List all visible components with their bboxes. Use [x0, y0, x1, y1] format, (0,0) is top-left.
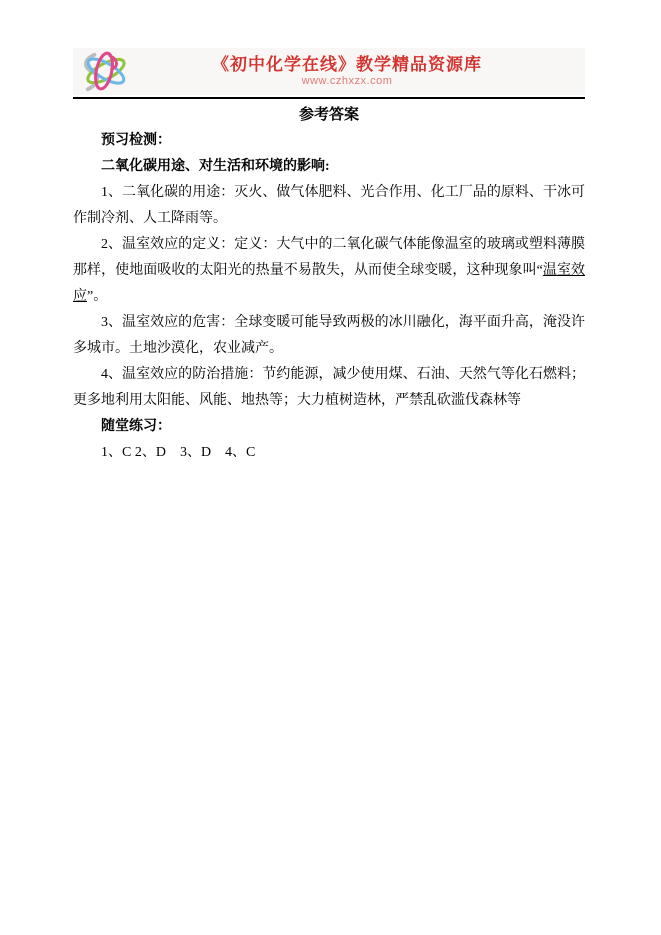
paragraph-greenhouse-definition-post: ”。 — [87, 289, 107, 304]
banner-text-block: 《初中化学在线》教学精品资源库 www.czhxzx.com — [137, 56, 585, 87]
page-title: 参考答案 — [73, 102, 585, 128]
paragraph-greenhouse-harm: 3、温室效应的危害：全球变暖可能导致两极的冰川融化，海平面升高，淹没许多城市。土… — [73, 310, 585, 362]
section-subheading-co2-uses: 二氧化碳用途、对生活和环境的影响: — [73, 154, 585, 180]
site-url-link[interactable]: www.czhxzx.com — [137, 76, 557, 87]
document-canvas: { "colors": { "brand_red": "#d3312c", "u… — [0, 0, 661, 935]
paragraph-greenhouse-prevention: 4、温室效应的防治措施：节约能源，减少使用煤、石油、天然气等化石燃料；更多地利用… — [73, 362, 585, 414]
paragraph-greenhouse-definition-pre: 2、温室效应的定义：定义：大气中的二氧化碳气体能像温室的玻璃或塑料薄膜那样，使地… — [73, 237, 585, 278]
document-page: 《初中化学在线》教学精品资源库 www.czhxzx.com 参考答案 预习检测… — [73, 48, 585, 466]
header-divider-rule — [73, 97, 585, 99]
paragraph-greenhouse-definition: 2、温室效应的定义：定义：大气中的二氧化碳气体能像温室的玻璃或塑料薄膜那样，使地… — [73, 232, 585, 310]
site-banner: 《初中化学在线》教学精品资源库 www.czhxzx.com — [73, 48, 585, 95]
site-title: 《初中化学在线》教学精品资源库 — [137, 56, 557, 73]
exercise-answers-line: 1、C 2、D 3、D 4、C — [73, 440, 585, 466]
site-logo — [73, 48, 137, 95]
section-heading-class-exercise: 随堂练习： — [73, 414, 585, 440]
atom-orbits-icon — [78, 50, 132, 94]
section-heading-preview-check: 预习检测： — [73, 128, 585, 154]
paragraph-co2-uses: 1、二氧化碳的用途：灭火、做气体肥料、光合作用、化工厂品的原料、干冰可作制冷剂、… — [73, 180, 585, 232]
answer-sheet: 参考答案 预习检测： 二氧化碳用途、对生活和环境的影响: 1、二氧化碳的用途：灭… — [73, 102, 585, 466]
